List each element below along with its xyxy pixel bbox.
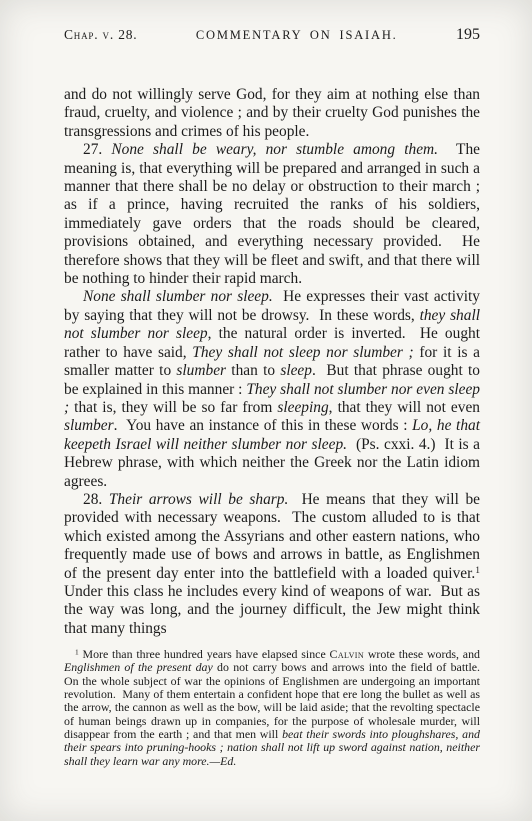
paragraph-slumber: None shall slumber nor sleep. He express… bbox=[64, 288, 480, 490]
running-title: COMMENTARY ON ISAIAH. bbox=[196, 28, 398, 43]
book-page-scan: Chap. v. 28. COMMENTARY ON ISAIAH. 195 a… bbox=[0, 0, 532, 821]
text-block: Chap. v. 28. COMMENTARY ON ISAIAH. 195 a… bbox=[64, 26, 480, 768]
chapter-label: Chap. v. 28. bbox=[64, 27, 137, 43]
page-number: 195 bbox=[456, 26, 480, 44]
paragraph-continuation: and do not willingly serve God, for they… bbox=[64, 86, 480, 141]
footnote-text: 1 More than three hundred years have ela… bbox=[64, 648, 480, 768]
footnote-block: 1 More than three hundred years have ela… bbox=[64, 648, 480, 768]
body-text: and do not willingly serve God, for they… bbox=[64, 86, 480, 638]
paragraph-verse-27: 27. None shall be weary, nor stumble amo… bbox=[64, 141, 480, 288]
page-header: Chap. v. 28. COMMENTARY ON ISAIAH. 195 bbox=[64, 26, 480, 44]
paragraph-verse-28: 28. Their arrows will be sharp. He means… bbox=[64, 491, 480, 638]
